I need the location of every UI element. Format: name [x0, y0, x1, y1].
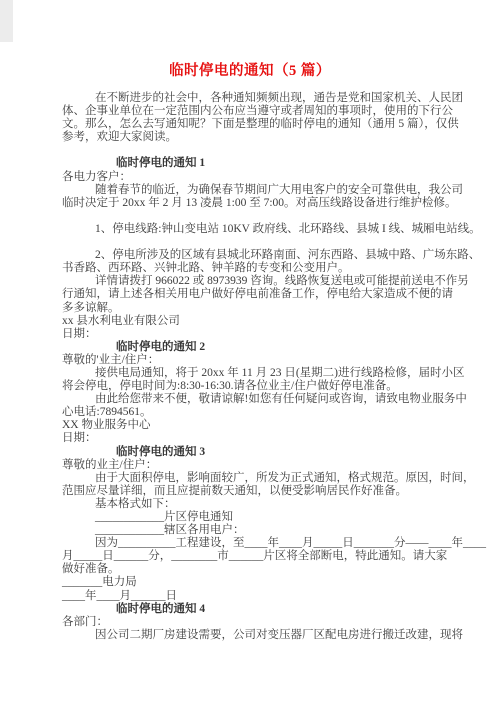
text-line: ____________辖区各用电户： — [62, 524, 440, 537]
text-line: 尊敬的业主/住户： — [62, 459, 440, 472]
text-line: 日期： — [62, 328, 440, 341]
text-line: 由于大面积停电，影响面较广，所发为正式通知，格式规范。原因，时间， — [62, 472, 440, 485]
text-line: 将会停电，停电时间为:8:30-16:30.请各位业主/住户做好停电准备。 — [62, 380, 440, 393]
text-line: 多多谅解。 — [62, 302, 440, 315]
scan-artifact — [0, 0, 13, 42]
text-line: 尊敬的'业主/住户： — [62, 354, 440, 367]
text-line: 详情请拨打 966022 或 8973939 咨询。线路恢复送电或可能提前送电不… — [62, 275, 440, 288]
text-line: 由此给您带来不便，敬请谅解!如您有任何疑问或咨询，请致电物业服务中 — [62, 393, 440, 406]
page-title: 临时停电的通知（5 篇） — [0, 59, 500, 80]
section-heading: 临时停电的通知 4 — [62, 603, 440, 616]
text-line: 随着春节的临近，为确保春节期间广大用电客户的安全可靠供电，我公司 — [62, 184, 440, 197]
section-heading: 临时停电的通知 1 — [62, 157, 440, 170]
text-line: 范围应尽量详细，而且应提前数天通知，以便受影响居民作好准备。 — [62, 485, 440, 498]
text-line: XX 物业服务中心 — [62, 419, 440, 432]
text-line: 1、停电线路:钟山变电站 10KV 政府线、北环路线、县城 I 线、城厢电站线。 — [62, 223, 440, 236]
text-line: xx 县水利电业有限公司 — [62, 315, 440, 328]
text-line — [62, 236, 440, 249]
text-line: 各电力客户： — [62, 171, 440, 184]
section-heading: 临时停电的通知 2 — [62, 341, 440, 354]
text-line: 体、企事业单位在一定范围内公布应当遵守或者周知的事项时，使用的下行公 — [62, 105, 440, 118]
document-body: 在不断进步的社会中，各种通知频频出现，通告是党和国家机关、人民团体、企事业单位在… — [62, 92, 440, 642]
text-line — [62, 144, 440, 157]
document-page: 临时停电的通知（5 篇） 在不断进步的社会中，各种通知频频出现，通告是党和国家机… — [0, 0, 500, 708]
text-line: 基本格式如下： — [62, 498, 440, 511]
text-line: 2、停电所涉及的区域有县城北环路南面、河东西路、县城中路、广场东路、 — [62, 249, 440, 262]
text-line: 接供电局通知，将于 20xx 年 11 月 23 日(星期二)进行线路检修，届时… — [62, 367, 440, 380]
text-line: 因为__________工程建设，至____年____月_____日______… — [62, 537, 440, 550]
text-line: 月_____日______分，________市______片区将全部断电，特此… — [62, 550, 440, 563]
text-line: 参考，欢迎大家阅读。 — [62, 131, 440, 144]
text-line: ____________片区停电通知 — [62, 511, 440, 524]
text-line: 因公司二期厂房建设需要，公司对变压器厂区配电房进行搬迁改建，现将 — [62, 629, 440, 642]
text-line: ____年____月______日 — [62, 590, 440, 603]
text-line: 在不断进步的社会中，各种通知频频出现，通告是党和国家机关、人民团 — [62, 92, 440, 105]
section-heading: 临时停电的通知 3 — [62, 446, 440, 459]
text-line: 各部门： — [62, 616, 440, 629]
text-line: _______电力局 — [62, 576, 440, 589]
text-line: 做好准备。 — [62, 563, 440, 576]
text-line: 心电话:7894561。 — [62, 406, 440, 419]
text-line: 文。那么，怎么去写通知呢？下面是整理的临时停电的通知（通用 5 篇），仅供 — [62, 118, 440, 131]
text-line: 书香路、西环路、兴钟北路、钟羊路的专变和公变用户。 — [62, 262, 440, 275]
text-line: 日期： — [62, 432, 440, 445]
text-line — [62, 210, 440, 223]
text-line: 临时决定于 20xx 年 2 月 13 凌晨 1:00 至 7:00。对高压线路… — [62, 197, 440, 210]
text-line: 行通知，请上述各相关用电户做好停电前准备工作，停电给大家造成不便的请 — [62, 288, 440, 301]
